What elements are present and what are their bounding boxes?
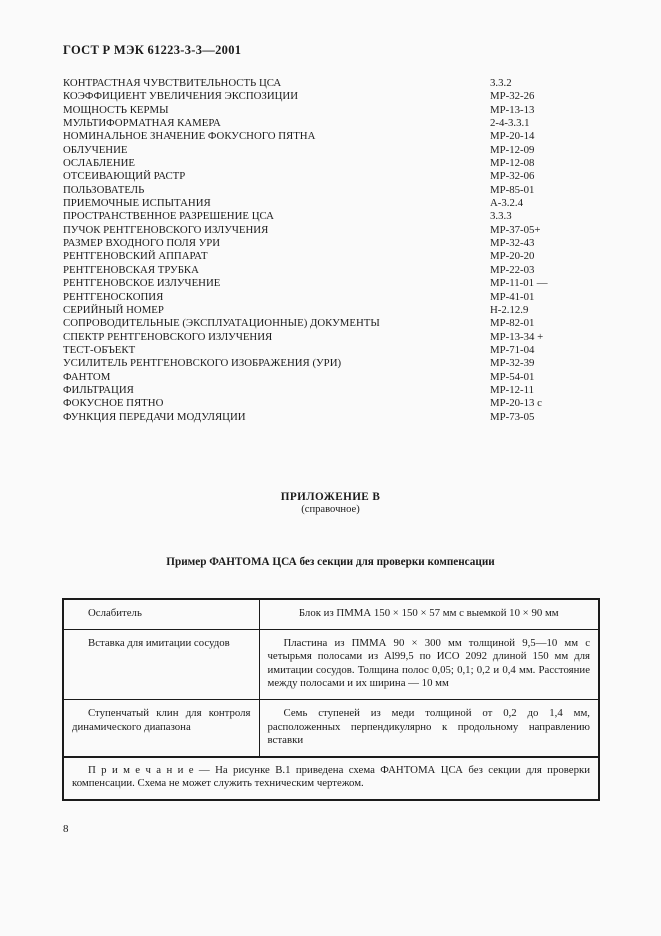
appendix-title: ПРИЛОЖЕНИЕ В — [0, 491, 661, 503]
index-code: МР-20-20 — [490, 250, 600, 263]
index-entry: РЕНТГЕНОВСКОЕ ИЗЛУЧЕНИЕ МР-11-01 — — [63, 277, 600, 290]
index-code: МР-41-01 — [490, 291, 600, 304]
index-code: 2-4-3.3.1 — [490, 117, 600, 130]
phantom-spec-table: Ослабитель Блок из ПММА 150 × 150 × 57 м… — [62, 598, 600, 801]
index-term: ПРОСТРАНСТВЕННОЕ РАЗРЕШЕНИЕ ЦСА — [63, 210, 490, 223]
index-entry: РЕНТГЕНОСКОПИЯ МР-41-01 — [63, 291, 600, 304]
index-entry: МОЩНОСТЬ КЕРМЫ МР-13-13 — [63, 104, 600, 117]
index-term: РЕНТГЕНОСКОПИЯ — [63, 291, 490, 304]
index-code: МР-32-39 — [490, 357, 600, 370]
appendix-block: ПРИЛОЖЕНИЕ В (справочное) — [0, 491, 661, 515]
index-term: РЕНТГЕНОВСКАЯ ТРУБКА — [63, 264, 490, 277]
index-term: РАЗМЕР ВХОДНОГО ПОЛЯ УРИ — [63, 237, 490, 250]
index-code: МР-12-09 — [490, 144, 600, 157]
component-description: Семь ступеней из меди толщиной от 0,2 до… — [268, 707, 591, 748]
index-code: МР-85-01 — [490, 184, 600, 197]
index-term: ФАНТОМ — [63, 371, 490, 384]
index-code: А-3.2.4 — [490, 197, 600, 210]
index-list: КОНТРАСТНАЯ ЧУВСТВИТЕЛЬНОСТЬ ЦСА 3.3.2 К… — [63, 77, 600, 424]
index-code: МР-12-11 — [490, 384, 600, 397]
index-term: ТЕСТ-ОБЪЕКТ — [63, 344, 490, 357]
index-entry: ОСЛАБЛЕНИЕ МР-12-08 — [63, 157, 600, 170]
component-description-cell: Семь ступеней из меди толщиной от 0,2 до… — [259, 699, 599, 756]
index-term: ОСЛАБЛЕНИЕ — [63, 157, 490, 170]
component-name: Ослабитель — [72, 607, 251, 621]
index-code: МР-32-43 — [490, 237, 600, 250]
index-entry: РАЗМЕР ВХОДНОГО ПОЛЯ УРИ МР-32-43 — [63, 237, 600, 250]
index-entry: СОПРОВОДИТЕЛЬНЫЕ (ЭКСПЛУАТАЦИОННЫЕ) ДОКУ… — [63, 317, 600, 330]
index-entry: ФАНТОМ МР-54-01 — [63, 371, 600, 384]
index-term: ФОКУСНОЕ ПЯТНО — [63, 397, 490, 410]
index-code: МР-12-08 — [490, 157, 600, 170]
index-entry: КОНТРАСТНАЯ ЧУВСТВИТЕЛЬНОСТЬ ЦСА 3.3.2 — [63, 77, 600, 90]
index-term: ОБЛУЧЕНИЕ — [63, 144, 490, 157]
index-term: СОПРОВОДИТЕЛЬНЫЕ (ЭКСПЛУАТАЦИОННЫЕ) ДОКУ… — [63, 317, 490, 330]
index-code: МР-32-26 — [490, 90, 600, 103]
index-code: МР-82-01 — [490, 317, 600, 330]
index-entry: МУЛЬТИФОРМАТНАЯ КАМЕРА 2-4-3.3.1 — [63, 117, 600, 130]
table-row: Ослабитель Блок из ПММА 150 × 150 × 57 м… — [63, 599, 599, 629]
index-term: ФУНКЦИЯ ПЕРЕДАЧИ МОДУЛЯЦИИ — [63, 411, 490, 424]
index-code: МР-13-34 + — [490, 331, 600, 344]
index-code: МР-37-05+ — [490, 224, 600, 237]
index-term: ПОЛЬЗОВАТЕЛЬ — [63, 184, 490, 197]
index-term: ПУЧОК РЕНТГЕНОВСКОГО ИЗЛУЧЕНИЯ — [63, 224, 490, 237]
index-code: МР-73-05 — [490, 411, 600, 424]
index-term: МУЛЬТИФОРМАТНАЯ КАМЕРА — [63, 117, 490, 130]
index-entry: ФИЛЬТРАЦИЯ МР-12-11 — [63, 384, 600, 397]
index-entry: СЕРИЙНЫЙ НОМЕР Н-2.12.9 — [63, 304, 600, 317]
index-code: МР-32-06 — [490, 170, 600, 183]
index-term: УСИЛИТЕЛЬ РЕНТГЕНОВСКОГО ИЗОБРАЖЕНИЯ (УР… — [63, 357, 490, 370]
index-entry: ПОЛЬЗОВАТЕЛЬ МР-85-01 — [63, 184, 600, 197]
index-code: Н-2.12.9 — [490, 304, 600, 317]
page-number: 8 — [63, 823, 69, 835]
index-term: РЕНТГЕНОВСКОЕ ИЗЛУЧЕНИЕ — [63, 277, 490, 290]
index-code: МР-11-01 — — [490, 277, 600, 290]
index-code: МР-20-14 — [490, 130, 600, 143]
index-entry: РЕНТГЕНОВСКИЙ АППАРАТ МР-20-20 — [63, 250, 600, 263]
index-code: МР-13-13 — [490, 104, 600, 117]
index-entry: СПЕКТР РЕНТГЕНОВСКОГО ИЗЛУЧЕНИЯ МР-13-34… — [63, 331, 600, 344]
index-entry: ПРОСТРАНСТВЕННОЕ РАЗРЕШЕНИЕ ЦСА 3.3.3 — [63, 210, 600, 223]
index-entry: ФОКУСНОЕ ПЯТНО МР-20-13 с — [63, 397, 600, 410]
index-entry: ФУНКЦИЯ ПЕРЕДАЧИ МОДУЛЯЦИИ МР-73-05 — [63, 411, 600, 424]
index-code: МР-22-03 — [490, 264, 600, 277]
index-entry: ПУЧОК РЕНТГЕНОВСКОГО ИЗЛУЧЕНИЯ МР-37-05+ — [63, 224, 600, 237]
index-entry: ОТСЕИВАЮЩИЙ РАСТР МР-32-06 — [63, 170, 600, 183]
index-code: МР-71-04 — [490, 344, 600, 357]
index-term: КОЭФФИЦИЕНТ УВЕЛИЧЕНИЯ ЭКСПОЗИЦИИ — [63, 90, 490, 103]
component-name: Вставка для имитации сосудов — [72, 637, 251, 651]
index-term: ФИЛЬТРАЦИЯ — [63, 384, 490, 397]
component-name-cell: Ослабитель — [63, 599, 259, 629]
index-term: КОНТРАСТНАЯ ЧУВСТВИТЕЛЬНОСТЬ ЦСА — [63, 77, 490, 90]
table-row: Ступенчатый клин для контроля динамическ… — [63, 699, 599, 756]
component-name: Ступенчатый клин для контроля динамическ… — [72, 707, 251, 734]
component-description-cell: Пластина из ПММА 90 × 300 мм толщиной 9,… — [259, 629, 599, 699]
index-entry: КОЭФФИЦИЕНТ УВЕЛИЧЕНИЯ ЭКСПОЗИЦИИ МР-32-… — [63, 90, 600, 103]
table-note-cell: П р и м е ч а н и е — На рисунке В.1 при… — [63, 757, 599, 800]
document-page: ГОСТ Р МЭК 61223-3-3—2001 КОНТРАСТНАЯ ЧУ… — [0, 0, 661, 936]
index-entry: ОБЛУЧЕНИЕ МР-12-09 — [63, 144, 600, 157]
component-name-cell: Ступенчатый клин для контроля динамическ… — [63, 699, 259, 756]
index-term: СЕРИЙНЫЙ НОМЕР — [63, 304, 490, 317]
appendix-subtitle: (справочное) — [0, 504, 661, 515]
component-description: Пластина из ПММА 90 × 300 мм толщиной 9,… — [268, 637, 591, 691]
index-entry: ТЕСТ-ОБЪЕКТ МР-71-04 — [63, 344, 600, 357]
index-code: МР-54-01 — [490, 371, 600, 384]
component-description-cell: Блок из ПММА 150 × 150 × 57 мм с выемкой… — [259, 599, 599, 629]
index-term: СПЕКТР РЕНТГЕНОВСКОГО ИЗЛУЧЕНИЯ — [63, 331, 490, 344]
section-heading: Пример ФАНТОМА ЦСА без секции для провер… — [0, 556, 661, 568]
table-note: П р и м е ч а н и е — На рисунке В.1 при… — [72, 764, 590, 791]
index-term: РЕНТГЕНОВСКИЙ АППАРАТ — [63, 250, 490, 263]
index-term: ОТСЕИВАЮЩИЙ РАСТР — [63, 170, 490, 183]
index-entry: ПРИЕМОЧНЫЕ ИСПЫТАНИЯ А-3.2.4 — [63, 197, 600, 210]
spec-table-body: Ослабитель Блок из ПММА 150 × 150 × 57 м… — [63, 599, 599, 800]
document-header: ГОСТ Р МЭК 61223-3-3—2001 — [63, 43, 241, 58]
component-name-cell: Вставка для имитации сосудов — [63, 629, 259, 699]
table-row: Вставка для имитации сосудов Пластина из… — [63, 629, 599, 699]
index-entry: РЕНТГЕНОВСКАЯ ТРУБКА МР-22-03 — [63, 264, 600, 277]
index-term: НОМИНАЛЬНОЕ ЗНАЧЕНИЕ ФОКУСНОГО ПЯТНА — [63, 130, 490, 143]
index-code: 3.3.3 — [490, 210, 600, 223]
index-term: МОЩНОСТЬ КЕРМЫ — [63, 104, 490, 117]
index-entry: НОМИНАЛЬНОЕ ЗНАЧЕНИЕ ФОКУСНОГО ПЯТНА МР-… — [63, 130, 600, 143]
index-entry: УСИЛИТЕЛЬ РЕНТГЕНОВСКОГО ИЗОБРАЖЕНИЯ (УР… — [63, 357, 600, 370]
table-note-row: П р и м е ч а н и е — На рисунке В.1 при… — [63, 757, 599, 800]
component-description: Блок из ПММА 150 × 150 × 57 мм с выемкой… — [268, 607, 591, 621]
index-code: 3.3.2 — [490, 77, 600, 90]
index-term: ПРИЕМОЧНЫЕ ИСПЫТАНИЯ — [63, 197, 490, 210]
index-code: МР-20-13 с — [490, 397, 600, 410]
